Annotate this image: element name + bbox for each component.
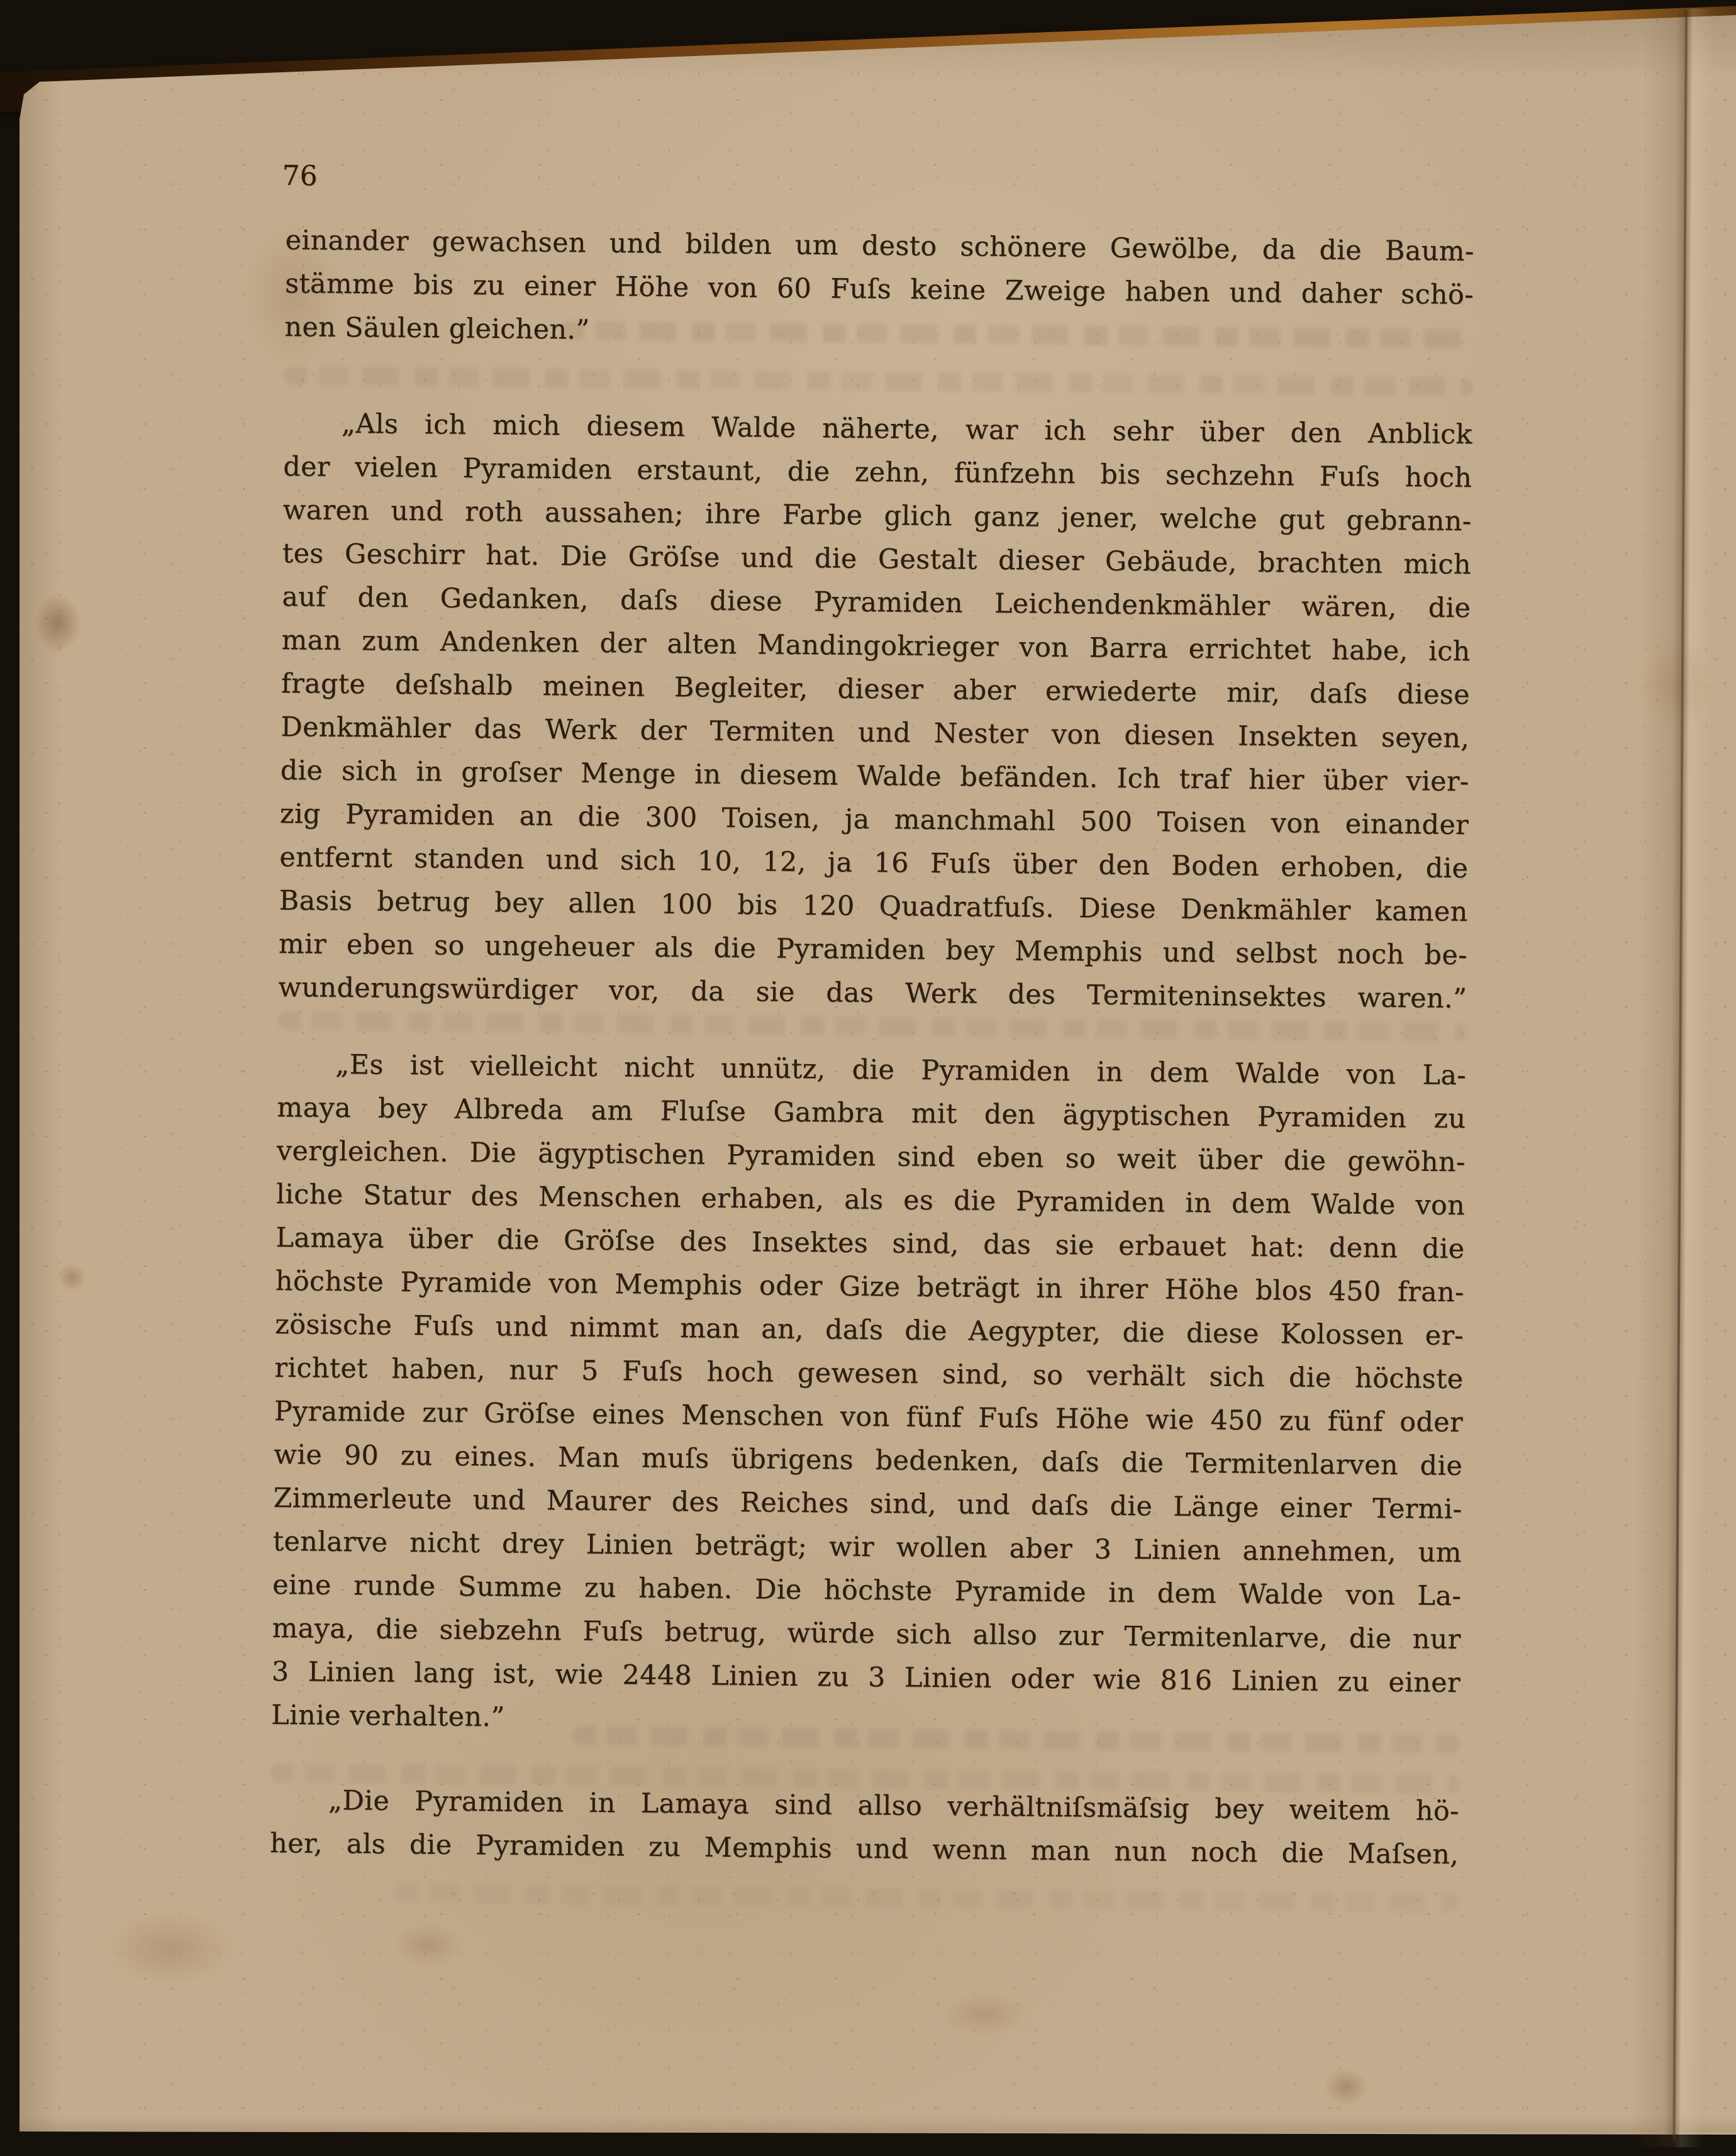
paragraph: einander gewachsen und bilden um desto s… — [284, 219, 1474, 360]
paragraph: „Die Pyramiden in Lamaya sind allso verh… — [270, 1779, 1459, 1877]
page-number: 76 — [282, 160, 317, 192]
showthrough-ghost-line — [284, 366, 1473, 396]
stain — [1324, 2068, 1368, 2106]
paragraph: „Es ist vielleicht nicht unnütz, die Pyr… — [271, 1043, 1467, 1748]
stain — [940, 1992, 1028, 2037]
paragraph: „Als ich mich diesem Walde näherte, war … — [278, 402, 1472, 1021]
showthrough-ghost-line — [395, 1884, 1458, 1913]
text-column: 76 einander gewachsen und bilden um dest… — [269, 156, 1475, 1991]
stain — [57, 1263, 86, 1292]
page-paper: 76 einander gewachsen und bilden um dest… — [16, 11, 1736, 2137]
stain — [35, 593, 81, 653]
stain — [104, 1911, 236, 1986]
book-page-scan: 76 einander gewachsen und bilden um dest… — [0, 0, 1736, 2156]
